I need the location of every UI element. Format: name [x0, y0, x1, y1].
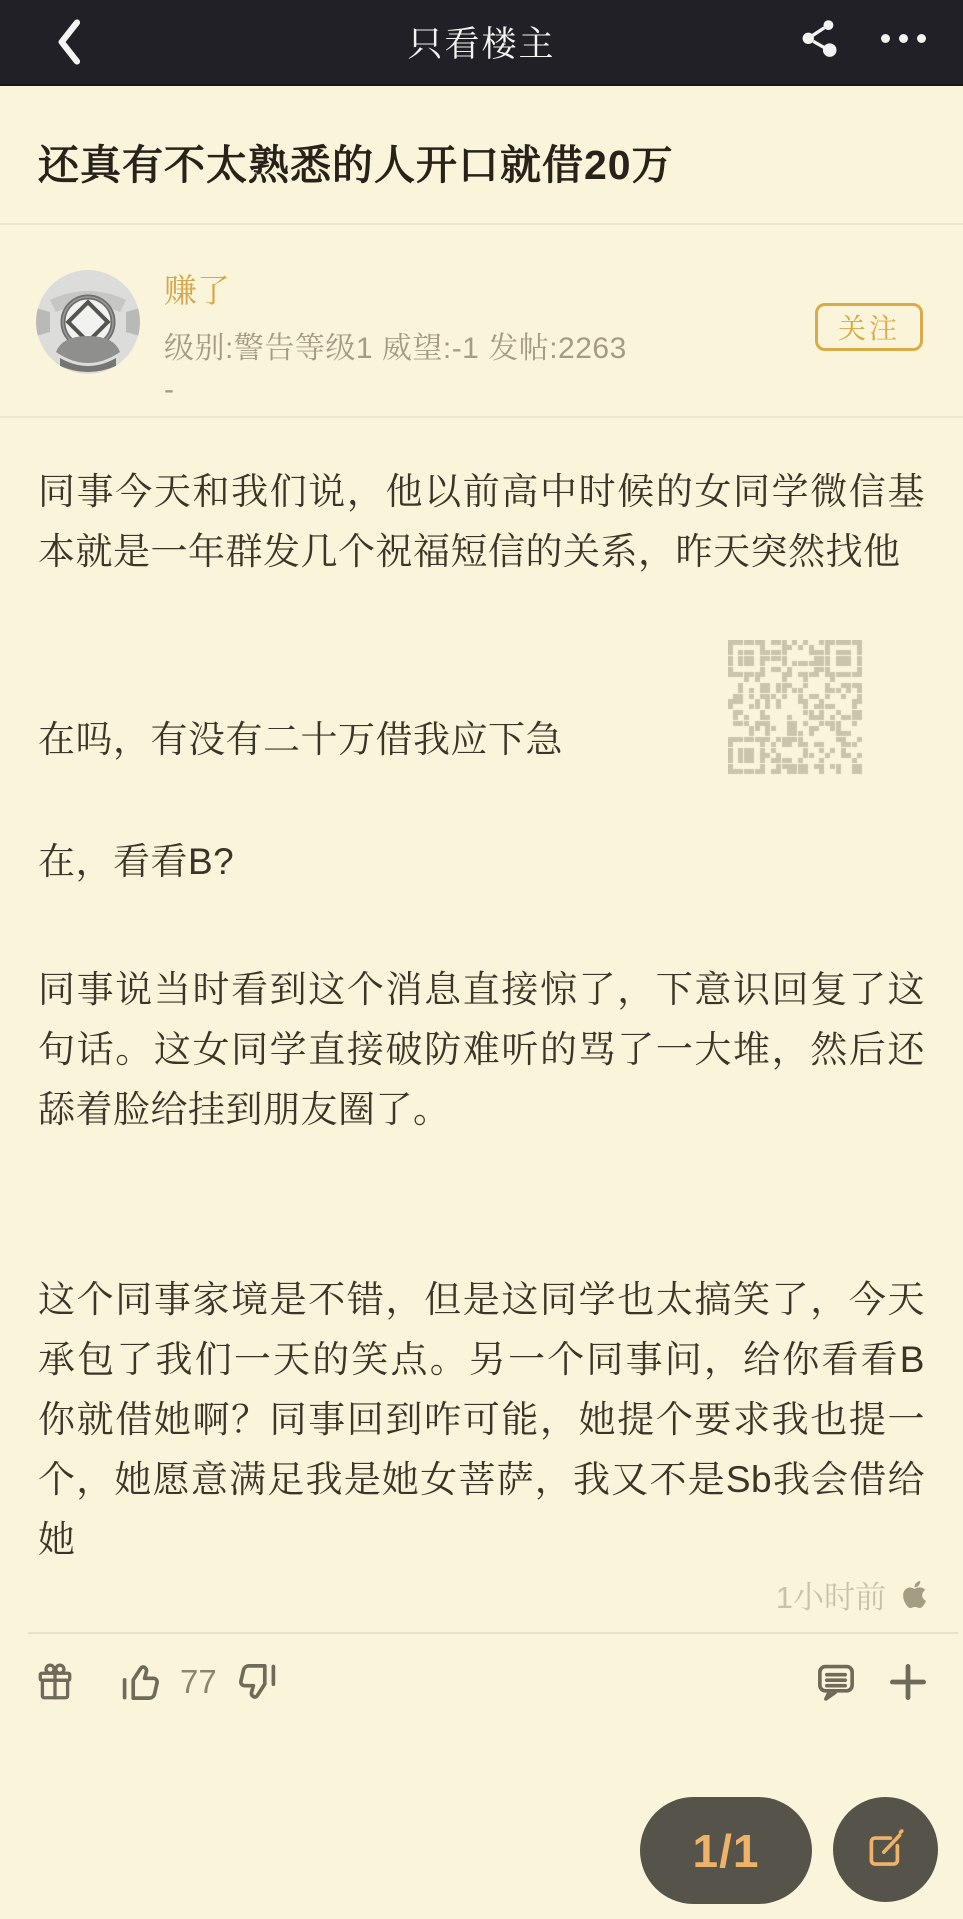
page-indicator-button[interactable]: 1/1	[640, 1797, 812, 1904]
like-count: 77	[180, 1663, 217, 1701]
thread-page: 只看楼主 还真有不太熟悉的人开口就借20万	[0, 0, 963, 1919]
author-section: 赚了 级别:警告等级1 威望:-1 发帖:2263 - 关注	[0, 227, 963, 418]
share-button[interactable]	[790, 8, 850, 68]
avatar[interactable]	[36, 270, 140, 374]
share-icon	[798, 16, 842, 60]
post-content: 同事今天和我们说，他以前高中时候的女同学微信基本就是一年群发几个祝福短信的关系，…	[0, 418, 963, 1570]
plus-icon	[886, 1660, 930, 1704]
action-bar: 77	[0, 1650, 963, 1714]
author-signature: -	[164, 373, 174, 407]
top-navigation-bar: 只看楼主	[0, 0, 963, 86]
gift-button[interactable]	[34, 1660, 76, 1704]
author-username[interactable]: 赚了	[164, 265, 230, 312]
timestamp: 1小时前	[776, 1572, 886, 1617]
apple-icon	[902, 1579, 927, 1610]
post-title: 还真有不太熟悉的人开口就借20万	[38, 132, 925, 191]
action-bar-divider	[28, 1632, 958, 1634]
post-paragraph: 同事说当时看到这个消息直接惊了，下意识回复了这句话。这女同学直接破防难听的骂了一…	[38, 960, 925, 1140]
post-title-section: 还真有不太熟悉的人开口就借20万	[0, 86, 963, 225]
compose-button[interactable]	[833, 1797, 938, 1902]
add-button[interactable]	[886, 1660, 930, 1704]
more-options-button[interactable]	[868, 8, 938, 68]
dislike-button[interactable]	[236, 1660, 280, 1704]
thumbs-down-icon	[236, 1660, 280, 1704]
ellipsis-icon	[881, 34, 890, 43]
post-paragraph: 同事今天和我们说，他以前高中时候的女同学微信基本就是一年群发几个祝福短信的关系，…	[38, 462, 925, 582]
author-stats: 级别:警告等级1 威望:-1 发帖:2263	[164, 323, 627, 367]
thumbs-up-icon	[118, 1660, 162, 1704]
gift-icon	[34, 1660, 76, 1704]
follow-button-label: 关注	[838, 307, 900, 347]
like-button[interactable]: 77	[118, 1660, 217, 1704]
edit-compose-icon	[860, 1824, 912, 1876]
qr-code-image	[728, 640, 863, 775]
page-indicator-label: 1/1	[693, 1824, 760, 1878]
comment-bubble-icon	[814, 1660, 858, 1704]
diving-helmet-avatar	[36, 270, 140, 374]
post-meta-row: 1小时前	[0, 1572, 963, 1616]
post-paragraph: 在，看看B?	[38, 832, 925, 892]
post-paragraph: 这个同事家境是不错，但是这同学也太搞笑了，今天承包了我们一天的笑点。另一个同事问…	[38, 1270, 925, 1570]
comment-button[interactable]	[814, 1660, 858, 1704]
follow-button[interactable]: 关注	[815, 303, 923, 351]
